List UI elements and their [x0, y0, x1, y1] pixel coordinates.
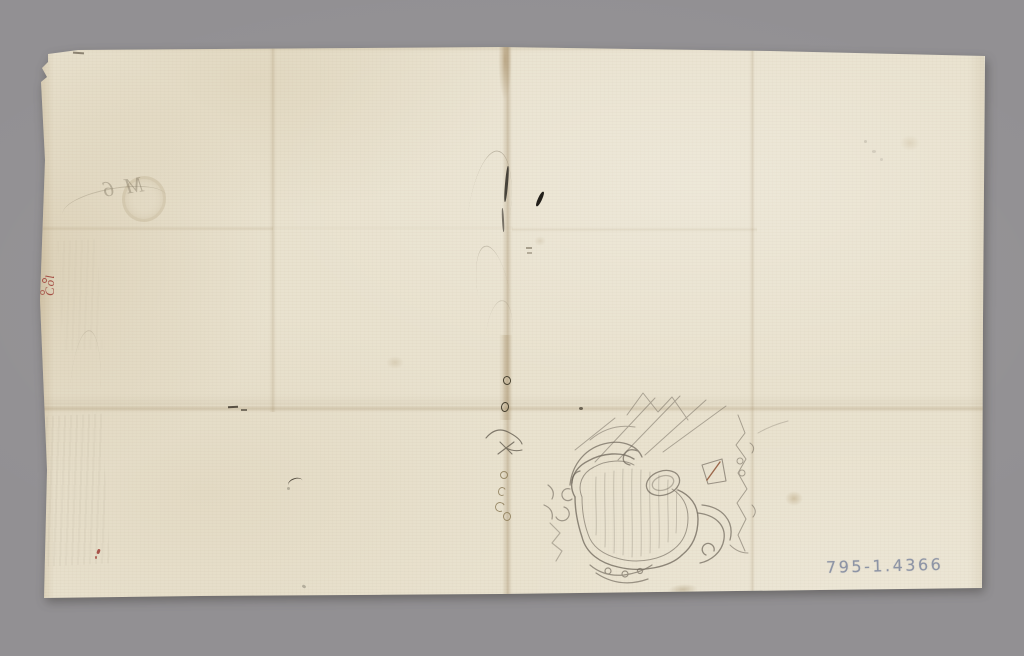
showthrough-texture: [57, 239, 103, 351]
center-fold-top-stain: [496, 46, 514, 136]
equals-mark: [527, 252, 532, 254]
small-speck: [287, 487, 290, 490]
upper-crease-right: [512, 227, 757, 232]
red-speck: [95, 556, 97, 559]
cartouche-sketch-drawing: [530, 385, 795, 600]
ring-mark: [503, 512, 511, 521]
main-fold-shadow-band: [43, 394, 983, 405]
accession-number: 795-1.4366: [826, 554, 966, 577]
upper-crease-left: [43, 226, 273, 231]
paper-shadow-wrap: M 6 Col: [0, 0, 1024, 656]
pencil-speckles: [864, 140, 867, 143]
fold-dark-dash: [241, 409, 247, 411]
pencil-speckles: [880, 158, 883, 161]
pencil-speckles: [872, 150, 876, 153]
stain-spot: [386, 356, 404, 369]
ring-mark: [500, 471, 508, 479]
showthrough-texture: [40, 413, 110, 566]
ink-comma-mark: [535, 191, 545, 207]
stain-spot: [900, 135, 920, 151]
red-ring-mark: [40, 290, 45, 295]
stain-spot: [534, 236, 546, 246]
main-horizontal-fold: [43, 405, 983, 412]
right-edge-wear: [968, 56, 984, 588]
small-speck: [302, 584, 307, 589]
top-edge-wear: [44, 46, 984, 52]
red-ring-mark: [42, 278, 47, 283]
top-edge-dash: [73, 52, 84, 55]
drawing-sheet-verso: M 6 Col: [0, 0, 1024, 656]
photograph-background: M 6 Col: [0, 0, 1024, 656]
equals-mark: [526, 247, 532, 249]
pencil-scribble-flourish: [484, 424, 526, 460]
